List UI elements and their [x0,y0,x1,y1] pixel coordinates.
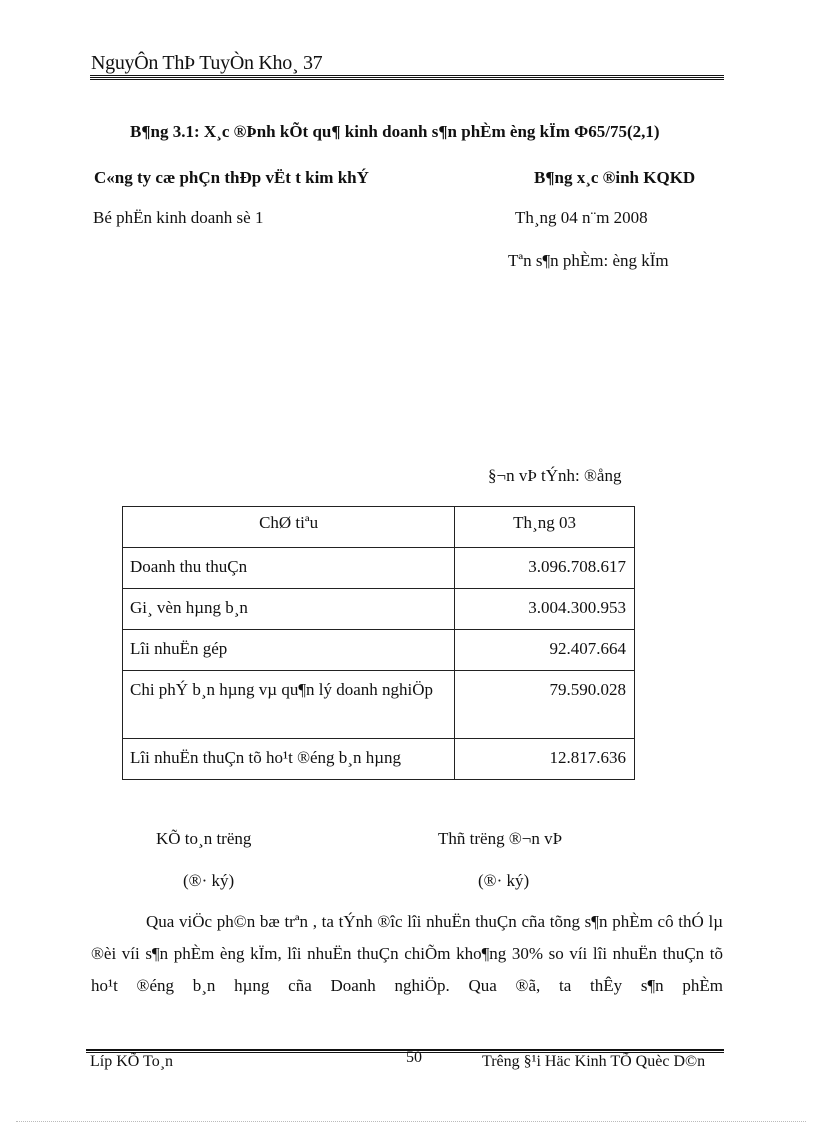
row-value: 79.590.028 [455,671,635,739]
row-value: 12.817.636 [455,739,635,780]
page-break-line [16,1121,806,1122]
footer-university: Trêng §¹i Häc Kinh TÕ Quèc D©n [482,1053,705,1071]
unit-head-title: Thñ trëng ®¬n vÞ [438,829,562,849]
row-value: 3.096.708.617 [455,548,635,589]
running-header: NguyÔn ThÞ TuyÒn Kho¸ 37 [91,52,322,75]
row-value: 92.407.664 [455,630,635,671]
row-label: Lîi nhuËn gép [123,630,455,671]
row-label: Gi¸ vèn hµng b¸n [123,589,455,630]
table-row: Lîi nhuËn thuÇn tõ ho¹t ®éng b¸n hµng 12… [123,739,635,780]
row-label: Lîi nhuËn thuÇn tõ ho¹t ®éng b¸n hµng [123,739,455,780]
business-results-table: ChØ tiªu Th¸ng 03 Doanh thu thuÇn 3.096.… [122,506,635,780]
row-label: Chi phÝ b¸n hµng vµ qu¶n lý doanh nghiÖp [123,671,455,739]
analysis-paragraph: Qua viÖc ph©n bæ trªn , ta tÝnh ®îc lîi … [91,906,723,1002]
product-name: Tªn s¶n phÈm: èng kÏm [508,251,669,271]
row-value: 3.004.300.953 [455,589,635,630]
division-name: Bé phËn kinh doanh sè 1 [93,208,263,228]
table-caption: B¶ng 3.1: X¸c ®Þnh kÕt qu¶ kinh doanh s¶… [130,122,660,142]
table-row: Chi phÝ b¸n hµng vµ qu¶n lý doanh nghiÖp… [123,671,635,739]
row-label: Doanh thu thuÇn [123,548,455,589]
column-header-indicator: ChØ tiªu [123,507,455,548]
company-name: C«ng ty cæ phÇn thÐp vËt t kim khÝ [94,168,369,188]
footer-class-name: Líp KÕ To¸n [90,1053,173,1071]
unit-head-signed: (®· ký) [478,871,529,891]
table-row: Doanh thu thuÇn 3.096.708.617 [123,548,635,589]
chief-accountant-title: KÕ to¸n trëng [156,829,251,849]
chief-accountant-signed: (®· ký) [183,871,234,891]
table-header-row: ChØ tiªu Th¸ng 03 [123,507,635,548]
column-header-month: Th¸ng 03 [455,507,635,548]
report-period: Th¸ng 04 n¨m 2008 [515,208,648,228]
table-row: Gi¸ vèn hµng b¸n 3.004.300.953 [123,589,635,630]
currency-unit: §¬n vÞ tÝnh: ®ång [488,466,621,486]
page-number: 50 [406,1049,422,1067]
report-name: B¶ng x¸c ®inh KQKD [534,168,695,188]
header-rule [90,75,724,80]
table-row: Lîi nhuËn gép 92.407.664 [123,630,635,671]
